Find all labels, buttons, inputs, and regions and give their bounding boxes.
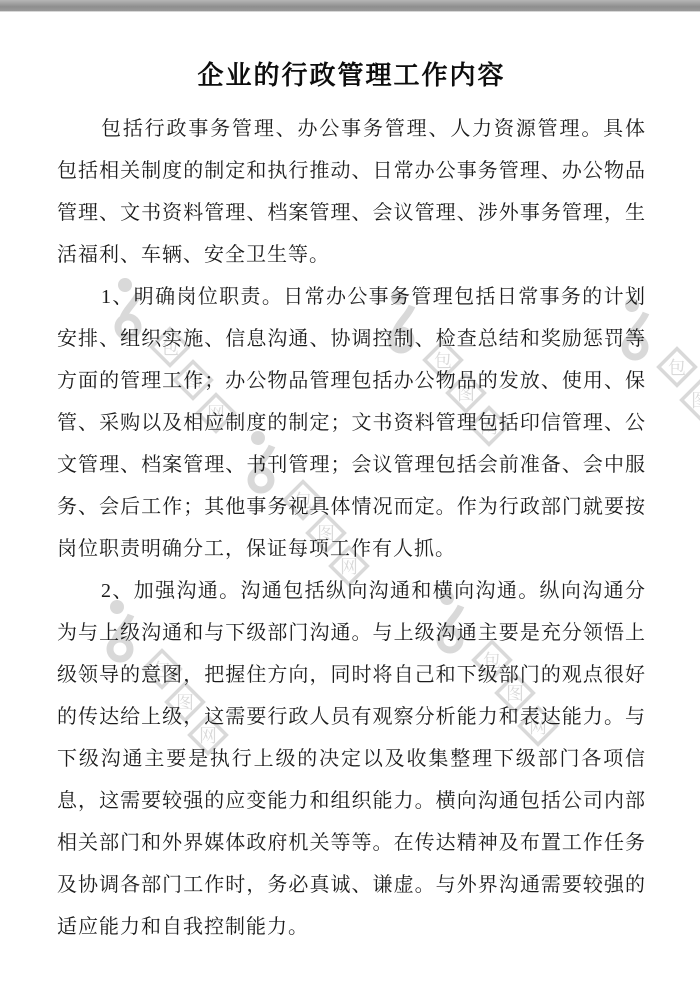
paragraph-overview: 包括行政事务管理、办公事务管理、人力资源管理。具体包括相关制度的制定和执行推动、… xyxy=(57,108,646,276)
page-title: 企业的行政管理工作内容 xyxy=(57,60,646,90)
page-top-border xyxy=(0,0,700,12)
paragraph-job-responsibilities: 1、明确岗位职责。日常办公事务管理包括日常事务的计划安排、组织实施、信息沟通、协… xyxy=(57,276,646,570)
paragraph-communication: 2、加强沟通。沟通包括纵向沟通和横向沟通。纵向沟通分为与上级沟通和与下级部门沟通… xyxy=(57,570,646,948)
document-page: 包 图 网 包 图 网 xyxy=(0,0,700,1000)
document-body: 企业的行政管理工作内容 包括行政事务管理、办公事务管理、人力资源管理。具体包括相… xyxy=(0,0,700,948)
